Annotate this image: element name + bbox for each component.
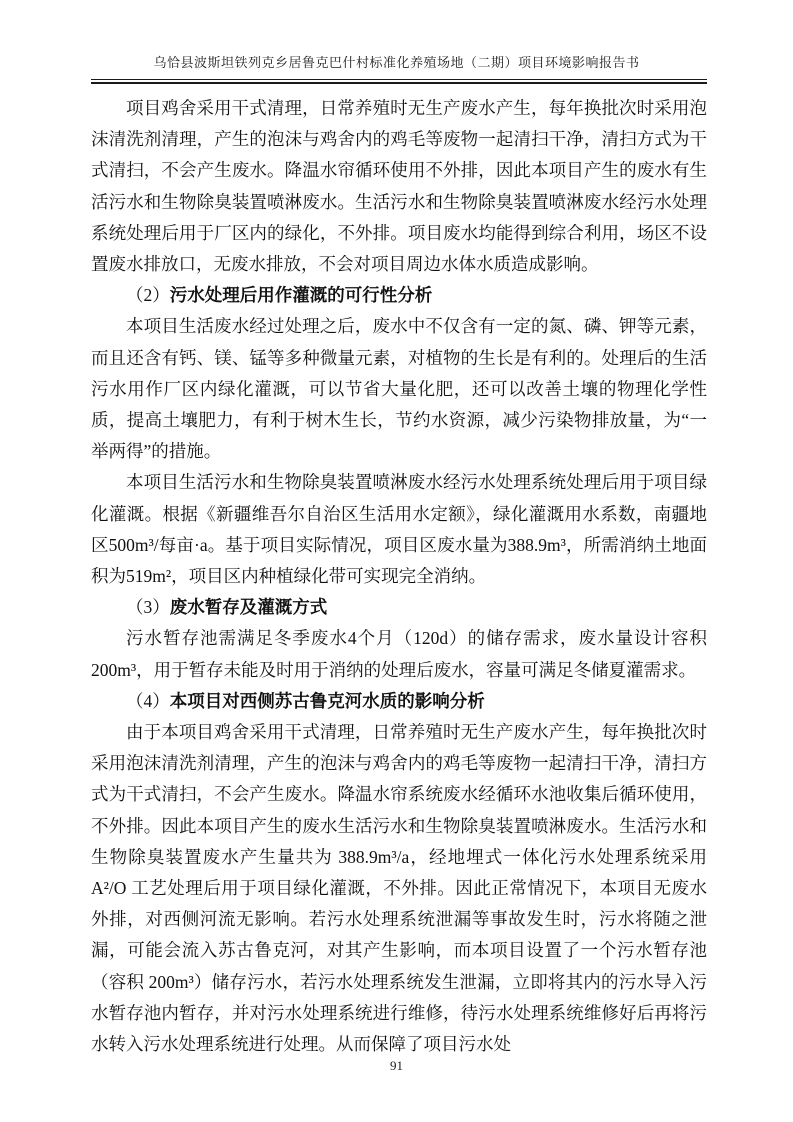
section-heading-number: （4） [126,691,170,711]
document-page: 乌恰县波斯坦铁列克乡居鲁克巴什村标准化养殖场地（二期）项目环境影响报告书 项目鸡… [0,0,793,1122]
section-heading-title: 污水处理后用作灌溉的可行性分析 [170,285,433,305]
body-paragraph: 污水暂存池需满足冬季废水4个月（120d）的储存需求，废水量设计容积200m³，… [91,623,707,685]
header-double-rule [91,79,707,84]
section-heading-number: （3） [126,597,170,617]
body-paragraph: 本项目生活污水和生物除臭装置喷淋废水经污水处理系统处理后用于项目绿化灌溉。根据《… [91,467,707,592]
section-heading-title: 废水暂存及灌溉方式 [170,597,328,617]
section-heading-4: （4）本项目对西侧苏古鲁克河水质的影响分析 [91,686,707,717]
section-heading-number: （2） [126,285,170,305]
body-paragraph: 由于本项目鸡舍采用干式清理，日常养殖时无生产废水产生，每年换批次时采用泡沫清洗剂… [91,717,707,1060]
section-heading-3: （3）废水暂存及灌溉方式 [91,592,707,623]
document-header-title: 乌恰县波斯坦铁列克乡居鲁克巴什村标准化养殖场地（二期）项目环境影响报告书 [0,52,793,71]
page-number: 91 [0,1058,793,1074]
section-heading-title: 本项目对西侧苏古鲁克河水质的影响分析 [170,691,485,711]
section-heading-2: （2）污水处理后用作灌溉的可行性分析 [91,280,707,311]
document-body: 项目鸡舍采用干式清理，日常养殖时无生产废水产生，每年换批次时采用泡沫清洗剂清理，… [91,93,707,1060]
body-paragraph: 项目鸡舍采用干式清理，日常养殖时无生产废水产生，每年换批次时采用泡沫清洗剂清理，… [91,93,707,280]
body-paragraph: 本项目生活废水经过处理之后，废水中不仅含有一定的氮、磷、钾等元素，而且还含有钙、… [91,311,707,467]
